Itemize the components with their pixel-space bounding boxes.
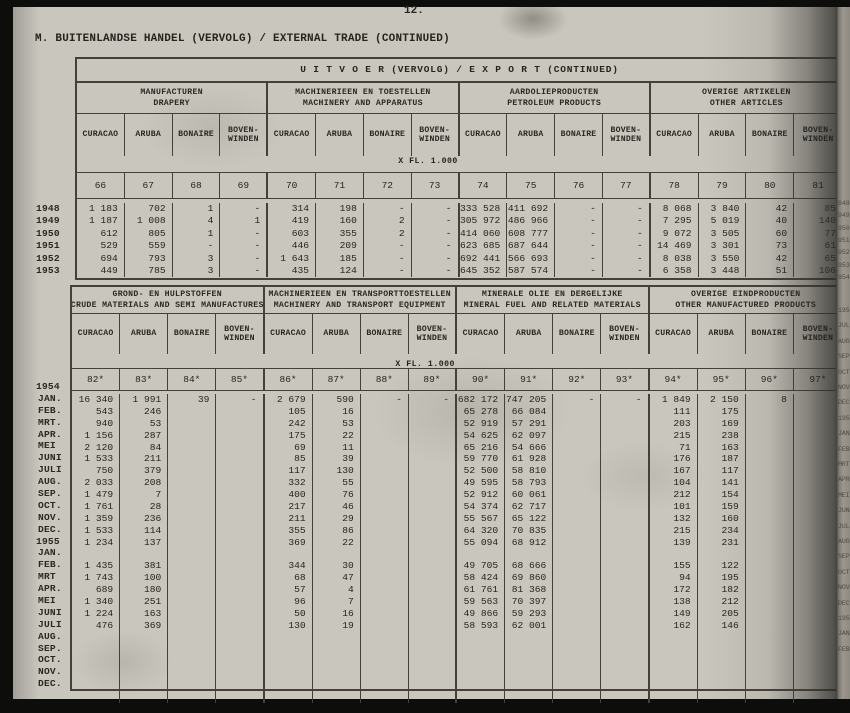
data-cell bbox=[168, 477, 216, 489]
row-label: OCT. bbox=[36, 654, 74, 666]
data-cell bbox=[457, 656, 505, 668]
data-cell bbox=[409, 513, 457, 525]
data-cell: - bbox=[601, 394, 649, 406]
data-cell bbox=[361, 691, 409, 703]
region-column-header: BOVEN- WINDEN bbox=[409, 314, 457, 354]
data-cell: 3 301 bbox=[699, 240, 747, 252]
data-cell bbox=[746, 418, 794, 430]
column-number: 82* bbox=[72, 369, 120, 390]
next-page-text-fragment: DEC. bbox=[838, 399, 850, 406]
next-page-text-fragment: 949 bbox=[838, 212, 850, 219]
data-cell bbox=[698, 549, 746, 561]
year-label-column: 194819491950195119521953 bbox=[36, 203, 74, 277]
data-cell bbox=[216, 525, 264, 537]
region-column-header: BONAIRE bbox=[173, 114, 221, 156]
data-cell: 9 072 bbox=[651, 228, 699, 240]
data-cell: 139 bbox=[650, 537, 698, 549]
row-label: JUNI bbox=[36, 452, 74, 464]
region-column-header: BONAIRE bbox=[364, 114, 412, 156]
data-cell bbox=[698, 667, 746, 679]
data-cell: 68 666 bbox=[505, 560, 553, 572]
region-column-header: ARUBA bbox=[316, 114, 364, 156]
row-label: DEC. bbox=[36, 524, 74, 536]
next-page-text-fragment: NOV. bbox=[838, 384, 850, 391]
data-cell bbox=[361, 608, 409, 620]
row-label: 1950 bbox=[36, 228, 74, 240]
data-cell bbox=[409, 465, 457, 477]
data-cell bbox=[265, 667, 313, 679]
data-cell: 49 705 bbox=[457, 560, 505, 572]
column-number: 68 bbox=[173, 173, 221, 198]
data-cell: - bbox=[553, 394, 601, 406]
data-cell bbox=[553, 418, 601, 430]
column-number: 85* bbox=[216, 369, 264, 390]
data-cell: 208 bbox=[120, 477, 168, 489]
data-cell: 3 550 bbox=[699, 253, 747, 265]
data-cell: 419 bbox=[268, 215, 316, 227]
data-cell bbox=[216, 453, 264, 465]
table-body: 16 3401 99139-2 679590--682 172747 205--… bbox=[72, 391, 842, 703]
data-cell: 369 bbox=[120, 620, 168, 632]
data-cell bbox=[746, 691, 794, 703]
data-cell bbox=[409, 525, 457, 537]
data-cell bbox=[505, 656, 553, 668]
data-cell: 68 bbox=[265, 572, 313, 584]
next-page-text-fragment: NOV. bbox=[838, 584, 850, 591]
data-cell: 86 bbox=[313, 525, 361, 537]
data-cell: 42 bbox=[746, 203, 794, 215]
data-cell bbox=[72, 632, 120, 644]
data-cell: 1 234 bbox=[72, 537, 120, 549]
data-cell bbox=[361, 442, 409, 454]
data-cell: 187 bbox=[698, 453, 746, 465]
data-cell: 65 bbox=[794, 253, 842, 265]
data-cell bbox=[216, 406, 264, 418]
next-page-text-fragment: JULI bbox=[838, 523, 850, 530]
next-page-text-fragment: 954 bbox=[838, 274, 850, 281]
data-cell bbox=[553, 489, 601, 501]
data-cell bbox=[120, 549, 168, 561]
data-cell: - bbox=[173, 240, 221, 252]
data-cell: 215 bbox=[650, 430, 698, 442]
group-name-dutch: MINERALE OLIE EN DERGELIJKE bbox=[482, 289, 623, 300]
data-cell bbox=[601, 679, 649, 691]
column-number: 96* bbox=[746, 369, 794, 390]
data-cell: 77 bbox=[794, 228, 842, 240]
data-cell bbox=[553, 406, 601, 418]
next-page-text-fragment: AUG. bbox=[838, 338, 850, 345]
data-cell: 1 156 bbox=[72, 430, 120, 442]
column-group-header: MACHINERIEEN EN TOESTELLENMACHINERY AND … bbox=[268, 83, 459, 113]
data-cell: 160 bbox=[698, 513, 746, 525]
data-cell bbox=[553, 549, 601, 561]
row-label: APR. bbox=[36, 583, 74, 595]
next-page-text-fragment: OCT. bbox=[838, 569, 850, 576]
data-cell bbox=[746, 596, 794, 608]
data-cell: 149 bbox=[650, 608, 698, 620]
data-cell: 111 bbox=[650, 406, 698, 418]
data-cell: - bbox=[555, 265, 603, 277]
data-cell: 39 bbox=[168, 394, 216, 406]
data-cell: 29 bbox=[313, 513, 361, 525]
data-cell bbox=[505, 632, 553, 644]
data-cell: 19 bbox=[313, 620, 361, 632]
column-number: 79 bbox=[699, 173, 747, 198]
data-cell: - bbox=[412, 253, 460, 265]
data-cell bbox=[601, 608, 649, 620]
data-cell bbox=[794, 418, 842, 430]
column-number: 84* bbox=[168, 369, 216, 390]
data-cell: 1 183 bbox=[77, 203, 125, 215]
data-cell bbox=[168, 513, 216, 525]
row-label: 1949 bbox=[36, 215, 74, 227]
data-cell: 369 bbox=[265, 537, 313, 549]
data-cell: - bbox=[555, 228, 603, 240]
data-cell bbox=[601, 632, 649, 644]
data-cell: 182 bbox=[698, 584, 746, 596]
data-cell: 486 966 bbox=[507, 215, 555, 227]
data-cell: 3 448 bbox=[699, 265, 747, 277]
next-page-text-fragment: 950 bbox=[838, 225, 850, 232]
data-cell: 54 374 bbox=[457, 501, 505, 513]
region-column-header: BOVEN- WINDEN bbox=[220, 114, 268, 156]
data-cell bbox=[168, 549, 216, 561]
data-cell bbox=[216, 513, 264, 525]
data-cell bbox=[216, 644, 264, 656]
data-cell: - bbox=[603, 228, 651, 240]
data-cell bbox=[361, 667, 409, 679]
data-cell bbox=[168, 418, 216, 430]
data-cell bbox=[601, 513, 649, 525]
row-label: DEC. bbox=[36, 678, 74, 690]
unit-text: X FL. 1.000 bbox=[398, 157, 458, 166]
group-name-english: MACHINERY AND TRANSPORT EQUIPMENT bbox=[274, 300, 446, 311]
data-cell: 689 bbox=[72, 584, 120, 596]
data-cell: 1 991 bbox=[120, 394, 168, 406]
data-cell bbox=[553, 596, 601, 608]
region-column-header: BOVEN- WINDEN bbox=[603, 114, 651, 156]
data-cell bbox=[601, 691, 649, 703]
data-cell bbox=[216, 691, 264, 703]
column-number: 78 bbox=[651, 173, 699, 198]
data-cell bbox=[409, 656, 457, 668]
data-cell bbox=[601, 501, 649, 513]
data-cell: - bbox=[412, 215, 460, 227]
group-name-english: MINERAL FUEL AND RELATED MATERIALS bbox=[464, 300, 641, 311]
data-cell: 623 685 bbox=[460, 240, 508, 252]
data-cell: 175 bbox=[265, 430, 313, 442]
data-cell: 608 777 bbox=[507, 228, 555, 240]
data-cell: 124 bbox=[316, 265, 364, 277]
data-cell: 163 bbox=[120, 608, 168, 620]
column-number: 86* bbox=[265, 369, 313, 390]
column-group-header: MANUFACTURENDRAPERY bbox=[77, 83, 268, 113]
data-cell bbox=[794, 691, 842, 703]
data-cell: 251 bbox=[120, 596, 168, 608]
data-cell bbox=[553, 465, 601, 477]
data-cell: 212 bbox=[698, 596, 746, 608]
data-cell: 155 bbox=[650, 560, 698, 572]
data-cell: 61 761 bbox=[457, 584, 505, 596]
data-cell bbox=[553, 537, 601, 549]
data-cell bbox=[553, 667, 601, 679]
group-name-english: PETROLEUM PRODUCTS bbox=[507, 98, 601, 109]
group-name-english: MACHINERY AND APPARATUS bbox=[303, 98, 423, 109]
data-cell bbox=[746, 632, 794, 644]
region-column-header: BONAIRE bbox=[746, 114, 794, 156]
data-cell: - bbox=[216, 394, 264, 406]
data-cell: 612 bbox=[77, 228, 125, 240]
group-name-english: CRUDE MATERIALS AND SEMI MANUFACTURES bbox=[72, 300, 264, 311]
data-cell bbox=[601, 549, 649, 561]
data-cell: 559 bbox=[125, 240, 173, 252]
data-cell: 940 bbox=[72, 418, 120, 430]
data-cell bbox=[794, 549, 842, 561]
data-cell bbox=[794, 537, 842, 549]
data-cell: 62 001 bbox=[505, 620, 553, 632]
data-cell: 238 bbox=[698, 430, 746, 442]
data-cell bbox=[216, 501, 264, 513]
data-cell bbox=[601, 406, 649, 418]
data-cell bbox=[553, 679, 601, 691]
data-cell: 215 bbox=[650, 525, 698, 537]
data-cell bbox=[265, 644, 313, 656]
data-cell bbox=[168, 537, 216, 549]
data-cell: 14 469 bbox=[651, 240, 699, 252]
data-cell: 1 743 bbox=[72, 572, 120, 584]
data-cell: 40 bbox=[746, 215, 794, 227]
region-column-header: BOVEN- WINDEN bbox=[412, 114, 460, 156]
group-name-dutch: MACHINERIEEN EN TOESTELLEN bbox=[295, 87, 431, 98]
data-cell: 1 bbox=[173, 203, 221, 215]
data-cell: 3 bbox=[173, 265, 221, 277]
column-number: 71 bbox=[316, 173, 364, 198]
data-cell bbox=[553, 513, 601, 525]
next-page-text-fragment: FEB. bbox=[838, 446, 850, 453]
data-cell bbox=[553, 608, 601, 620]
data-cell bbox=[794, 513, 842, 525]
data-cell: - bbox=[409, 394, 457, 406]
data-cell bbox=[216, 632, 264, 644]
data-cell: 22 bbox=[313, 537, 361, 549]
column-number: 75 bbox=[507, 173, 555, 198]
data-cell bbox=[794, 608, 842, 620]
data-cell: 1 bbox=[220, 215, 268, 227]
column-number: 77 bbox=[603, 173, 651, 198]
data-cell bbox=[168, 572, 216, 584]
group-name-dutch: OVERIGE EINDPRODUCTEN bbox=[691, 289, 800, 300]
data-cell bbox=[601, 620, 649, 632]
data-cell bbox=[409, 691, 457, 703]
group-name-dutch: GROND- EN HULPSTOFFEN bbox=[113, 289, 222, 300]
data-cell: 231 bbox=[698, 537, 746, 549]
data-cell bbox=[409, 632, 457, 644]
data-cell: 50 bbox=[265, 608, 313, 620]
data-cell bbox=[794, 620, 842, 632]
data-cell bbox=[794, 656, 842, 668]
data-cell bbox=[601, 465, 649, 477]
data-cell: 58 593 bbox=[457, 620, 505, 632]
data-cell bbox=[794, 679, 842, 691]
data-cell: 71 bbox=[650, 442, 698, 454]
data-cell bbox=[746, 513, 794, 525]
data-cell bbox=[746, 560, 794, 572]
data-cell: 76 bbox=[313, 489, 361, 501]
data-cell bbox=[601, 442, 649, 454]
data-cell bbox=[746, 525, 794, 537]
data-cell bbox=[601, 656, 649, 668]
data-cell bbox=[409, 679, 457, 691]
data-cell: 46 bbox=[313, 501, 361, 513]
data-cell bbox=[409, 406, 457, 418]
data-cell bbox=[313, 644, 361, 656]
data-cell bbox=[601, 430, 649, 442]
data-cell: 66 084 bbox=[505, 406, 553, 418]
data-cell bbox=[216, 418, 264, 430]
data-cell: 54 625 bbox=[457, 430, 505, 442]
data-cell: 411 692 bbox=[507, 203, 555, 215]
data-cell: 379 bbox=[120, 465, 168, 477]
column-number: 89* bbox=[409, 369, 457, 390]
data-cell bbox=[120, 632, 168, 644]
data-cell bbox=[601, 489, 649, 501]
data-cell bbox=[216, 608, 264, 620]
data-cell: - bbox=[220, 203, 268, 215]
export-table-monthly: GROND- EN HULPSTOFFENCRUDE MATERIALS AND… bbox=[70, 285, 844, 691]
data-cell: 106 bbox=[794, 265, 842, 277]
data-cell: 175 bbox=[698, 406, 746, 418]
data-cell: 159 bbox=[698, 501, 746, 513]
data-cell bbox=[746, 442, 794, 454]
column-number: 83* bbox=[120, 369, 168, 390]
data-cell bbox=[746, 656, 794, 668]
data-cell bbox=[698, 632, 746, 644]
data-cell: 344 bbox=[265, 560, 313, 572]
group-name-dutch: MANUFACTUREN bbox=[140, 87, 203, 98]
data-cell bbox=[505, 691, 553, 703]
next-page-text-fragment: OCT. bbox=[838, 369, 850, 376]
data-cell: 53 bbox=[313, 418, 361, 430]
data-cell bbox=[746, 406, 794, 418]
data-cell: 702 bbox=[125, 203, 173, 215]
data-cell bbox=[746, 477, 794, 489]
data-cell bbox=[361, 418, 409, 430]
data-cell: - bbox=[603, 203, 651, 215]
data-cell bbox=[72, 656, 120, 668]
next-page-text-fragment: FEB. bbox=[838, 646, 850, 653]
next-page-text-fragment: JUNI bbox=[838, 507, 850, 514]
data-cell: 305 972 bbox=[460, 215, 508, 227]
data-cell bbox=[72, 549, 120, 561]
data-cell: - bbox=[220, 228, 268, 240]
data-cell bbox=[409, 620, 457, 632]
data-cell bbox=[168, 489, 216, 501]
data-cell bbox=[746, 644, 794, 656]
data-cell: 8 068 bbox=[651, 203, 699, 215]
data-cell: 39 bbox=[313, 453, 361, 465]
data-cell bbox=[361, 596, 409, 608]
data-cell: - bbox=[220, 253, 268, 265]
data-cell bbox=[361, 406, 409, 418]
data-cell: 400 bbox=[265, 489, 313, 501]
data-cell bbox=[457, 644, 505, 656]
data-cell bbox=[650, 679, 698, 691]
data-cell bbox=[553, 525, 601, 537]
data-cell bbox=[216, 560, 264, 572]
data-cell bbox=[168, 608, 216, 620]
data-cell: - bbox=[603, 265, 651, 277]
data-cell bbox=[120, 679, 168, 691]
data-cell: 687 644 bbox=[507, 240, 555, 252]
data-cell: 85 bbox=[265, 453, 313, 465]
data-cell: 55 bbox=[313, 477, 361, 489]
data-cell bbox=[409, 537, 457, 549]
next-page-text-fragment: MRT. bbox=[838, 461, 850, 468]
region-column-header: CURACAO bbox=[651, 114, 699, 156]
data-cell: 114 bbox=[120, 525, 168, 537]
data-cell: 154 bbox=[698, 489, 746, 501]
data-cell: - bbox=[364, 265, 412, 277]
data-cell bbox=[216, 537, 264, 549]
next-page-text-fragment: 1954 bbox=[838, 415, 850, 422]
row-label: MRT. bbox=[36, 417, 74, 429]
data-cell: 1 008 bbox=[125, 215, 173, 227]
data-cell: - bbox=[412, 265, 460, 277]
data-cell: 1 435 bbox=[72, 560, 120, 572]
next-page-text-fragment: SEP. bbox=[838, 353, 850, 360]
data-cell bbox=[553, 691, 601, 703]
data-cell bbox=[409, 453, 457, 465]
data-cell: 62 097 bbox=[505, 430, 553, 442]
data-cell: 476 bbox=[72, 620, 120, 632]
row-label: 1953 bbox=[36, 265, 74, 277]
data-cell: - bbox=[364, 240, 412, 252]
data-cell: 314 bbox=[268, 203, 316, 215]
data-cell: 61 928 bbox=[505, 453, 553, 465]
region-column-header: ARUBA bbox=[505, 314, 553, 354]
row-label: 1952 bbox=[36, 253, 74, 265]
region-column-header: BONAIRE bbox=[555, 114, 603, 156]
data-cell bbox=[361, 620, 409, 632]
row-label: JULI bbox=[36, 619, 74, 631]
data-cell: 105 bbox=[265, 406, 313, 418]
data-cell bbox=[746, 489, 794, 501]
row-label: AUG. bbox=[36, 476, 74, 488]
data-cell bbox=[168, 656, 216, 668]
data-cell: 51 bbox=[746, 265, 794, 277]
column-number-row: 66676869707172737475767778798081 bbox=[77, 172, 842, 199]
data-cell: 180 bbox=[120, 584, 168, 596]
data-cell bbox=[216, 572, 264, 584]
data-cell bbox=[794, 394, 842, 406]
data-cell bbox=[794, 667, 842, 679]
row-label: APR. bbox=[36, 429, 74, 441]
data-cell bbox=[120, 644, 168, 656]
data-cell: 603 bbox=[268, 228, 316, 240]
data-cell: 198 bbox=[316, 203, 364, 215]
table-body: 1 1837021-314198--333 528411 692--8 0683… bbox=[77, 199, 842, 277]
row-label: NOV. bbox=[36, 666, 74, 678]
data-cell bbox=[553, 632, 601, 644]
column-group-header: AARDOLIEPRODUCTENPETROLEUM PRODUCTS bbox=[460, 83, 651, 113]
data-cell: 3 505 bbox=[699, 228, 747, 240]
data-cell bbox=[505, 679, 553, 691]
data-cell bbox=[457, 667, 505, 679]
data-cell bbox=[601, 525, 649, 537]
column-number: 87* bbox=[313, 369, 361, 390]
data-cell: 242 bbox=[265, 418, 313, 430]
data-cell bbox=[553, 430, 601, 442]
